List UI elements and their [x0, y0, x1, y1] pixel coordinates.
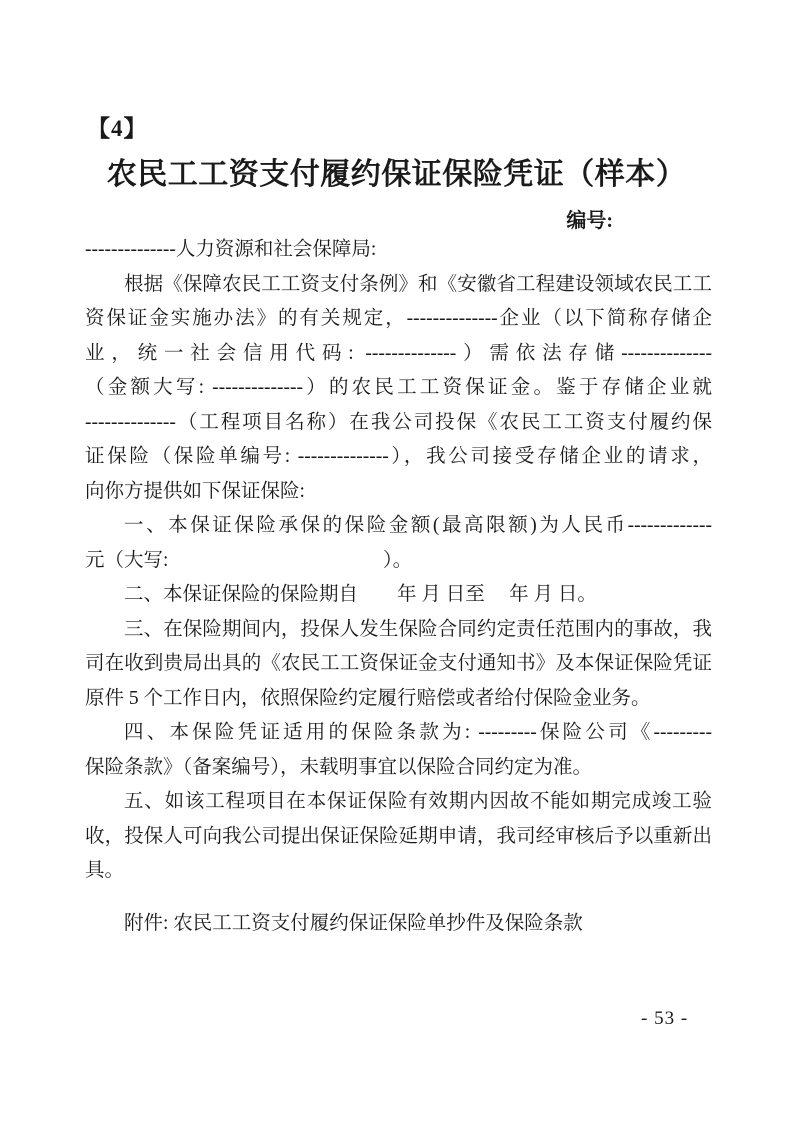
document-line: 业，统一社会信用代码: --------------）需依法存储--------… [85, 337, 712, 372]
document-line: --------------（工程项目名称）在我公司投保《农民工工资支付履约保 [85, 406, 712, 441]
document-line: 原件 5 个工作日内，依照保险约定履行赔偿或者给付保险金业务。 [85, 682, 712, 717]
document-line: 证保险（保险单编号: --------------），我公司接受存储企业的请求， [85, 440, 712, 475]
document-line: 一、本保证保险承保的保险金额(最高限额)为人民币------------- [85, 509, 712, 544]
document-line: 四、本保险凭证适用的保险条款为: ---------保险公司《--------- [85, 716, 712, 751]
document-line: （金额大写: --------------）的农民工工资保证金。鉴于存储企业就 [85, 371, 712, 406]
page-number: - 53 - [641, 1008, 688, 1030]
attachment-line: 附件: 农民工工资支付履约保证保险单抄件及保险条款 [85, 907, 712, 942]
document-line: 保险条款》（备案编号），未载明事宜以保险合同约定为准。 [85, 751, 712, 786]
document-line: 三、在保险期间内，投保人发生保险合同约定责任范围内的事故，我 [85, 613, 712, 648]
document-line: 根据《保障农民工工资支付条例》和《安徽省工程建设领域农民工工 [85, 268, 712, 303]
page-title: 农民工工资支付履约保证保险凭证（样本） [0, 149, 793, 193]
document-index-label: 【4】 [87, 110, 148, 143]
serial-number-label: 编号: [566, 204, 613, 233]
document-line: 司在收到贵局出具的《农民工工资保证金支付通知书》及本保证保险凭证 [85, 647, 712, 682]
document-line: 资保证金实施办法》的有关规定，--------------企业（以下简称存储企 [85, 302, 712, 337]
document-line: --------------人力资源和社会保障局: [85, 233, 712, 268]
document-line: 具。 [85, 854, 712, 889]
document-line: 元（大写: ）。 [85, 544, 712, 579]
document-body: --------------人力资源和社会保障局: 根据《保障农民工工资支付条例… [85, 233, 712, 941]
document-line: 二、本保证保险的保险期自 年 月 日至 年 月 日。 [85, 578, 712, 613]
document-page: 【4】 农民工工资支付履约保证保险凭证（样本） 编号: ------------… [0, 0, 793, 1122]
document-line: 向你方提供如下保证保险: [85, 475, 712, 510]
document-line: 五、如该工程项目在本保证保险有效期内因故不能如期完成竣工验 [85, 785, 712, 820]
document-line: 收，投保人可向我公司提出保证保险延期申请，我司经审核后予以重新出 [85, 820, 712, 855]
